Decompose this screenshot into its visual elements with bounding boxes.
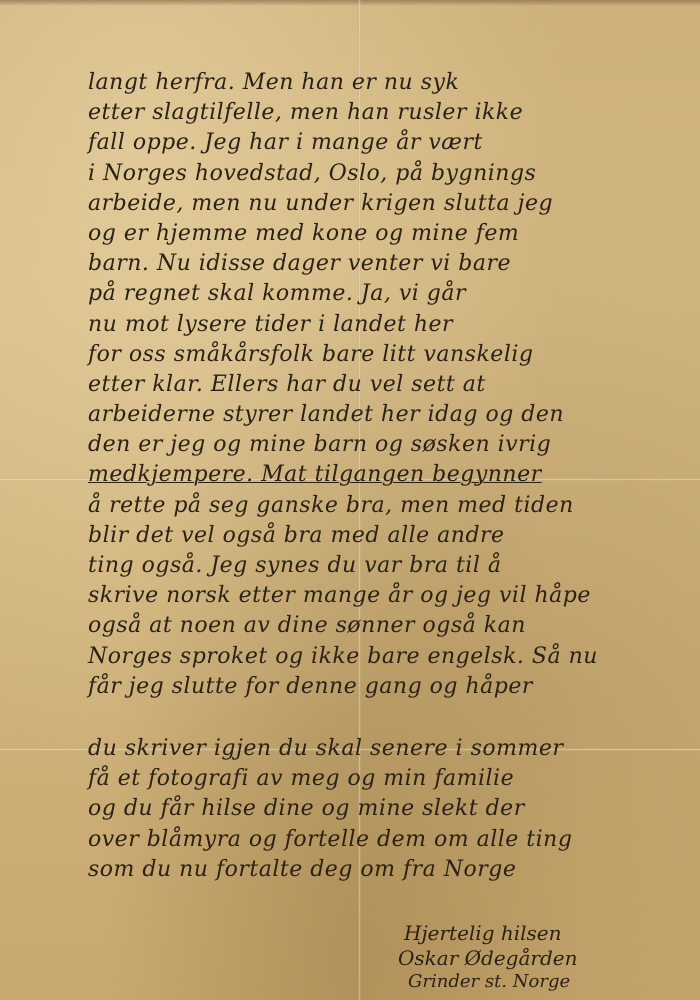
letter-line: skrive norsk etter mange år og jeg vil h… — [88, 581, 700, 611]
paper-top-edge — [0, 0, 700, 6]
letter-line: den er jeg og mine barn og søsken ivrig — [88, 430, 700, 460]
letter-line: over blåmyra og fortelle dem om alle tin… — [88, 825, 700, 855]
letter-line: får jeg slutte for denne gang og håper — [88, 672, 700, 702]
letter-line: du skriver igjen du skal senere i sommer — [88, 734, 700, 764]
signature: Oskar Ødegården — [398, 946, 577, 970]
letter-line: arbeiderne styrer landet her idag og den — [88, 400, 700, 430]
letter-line: få et fotografi av meg og min familie — [88, 764, 700, 794]
letter-page: langt herfra. Men han er nu syk etter sl… — [0, 0, 700, 1000]
letter-line: i Norges hovedstad, Oslo, på bygnings — [88, 159, 700, 189]
letter-line: fall oppe. Jeg har i mange år vært — [88, 128, 700, 158]
letter-line: medkjempere. Mat tilgangen begynner — [88, 460, 700, 490]
letter-line: Norges sproket og ikke bare engelsk. Så … — [88, 642, 700, 672]
letter-line: på regnet skal komme. Ja, vi går — [88, 279, 700, 309]
letter-line: for oss småkårsfolk bare litt vanskelig — [88, 340, 700, 370]
letter-line: etter slagtilfelle, men han rusler ikke — [88, 98, 700, 128]
letter-line: å rette på seg ganske bra, men med tiden — [88, 491, 700, 521]
closing-greeting: Hjertelig hilsen — [404, 920, 577, 946]
letter-line: og er hjemme med kone og mine fem — [88, 219, 700, 249]
letter-line: som du nu fortalte deg om fra Norge — [88, 855, 700, 885]
letter-closing: Hjertelig hilsen Oskar Ødegården Grinder… — [398, 920, 577, 994]
letter-line: også at noen av dine sønner også kan — [88, 611, 700, 641]
sender-place: Grinder st. Norge — [408, 970, 577, 994]
letter-line: langt herfra. Men han er nu syk — [88, 68, 700, 98]
letter-body: langt herfra. Men han er nu syk etter sl… — [88, 68, 700, 885]
letter-line: ting også. Jeg synes du var bra til å — [88, 551, 700, 581]
letter-line: arbeide, men nu under krigen slutta jeg — [88, 189, 700, 219]
letter-line: barn. Nu idisse dager venter vi bare — [88, 249, 700, 279]
letter-line: etter klar. Ellers har du vel sett at — [88, 370, 700, 400]
letter-line: nu mot lysere tider i landet her — [88, 310, 700, 340]
letter-line: og du får hilse dine og mine slekt der — [88, 794, 700, 824]
letter-line: blir det vel også bra med alle andre — [88, 521, 700, 551]
